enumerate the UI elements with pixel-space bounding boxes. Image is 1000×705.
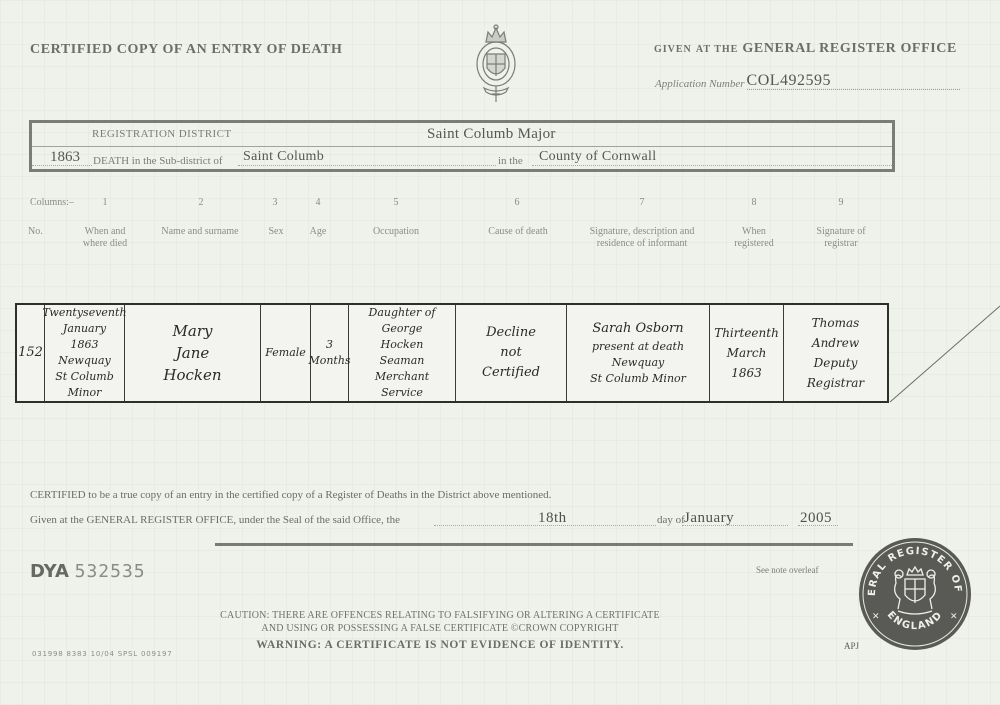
- entry-registrar: Thomas Andrew Deputy Registrar: [784, 305, 887, 401]
- registration-year: 1863: [50, 149, 80, 166]
- caution-line-2: AND USING OR POSSESSING A FALSE CERTIFIC…: [200, 622, 680, 635]
- svg-text:✕: ✕: [950, 612, 958, 622]
- entry-number: 152: [17, 305, 45, 401]
- column-number: 9: [836, 197, 846, 208]
- registration-district-value: Saint Columb Major: [427, 126, 556, 143]
- certificate-serial: DYA 532535: [30, 561, 146, 582]
- certificate-title: CERTIFIED COPY OF AN ENTRY OF DEATH: [30, 42, 342, 58]
- given-at-label: Given at the GENERAL REGISTER OFFICE, un…: [30, 514, 400, 526]
- in-the-label: in the: [498, 155, 523, 167]
- header-occupation: Occupation: [356, 226, 436, 238]
- given-month-value: January: [684, 510, 734, 527]
- column-number: 4: [313, 197, 323, 208]
- given-word: GIVEN: [654, 44, 692, 55]
- svg-text:✕: ✕: [872, 612, 880, 622]
- serial-prefix: DYA: [30, 561, 69, 582]
- given-year-value: 2005: [800, 510, 832, 527]
- registration-district-box: REGISTRATION DISTRICT Saint Columb Major…: [29, 120, 895, 172]
- office-name: GENERAL REGISTER OFFICE: [742, 41, 957, 56]
- column-number: 2: [196, 197, 206, 208]
- day-of-label: day of: [657, 514, 685, 526]
- see-note-overleaf: See note overleaf: [756, 565, 818, 575]
- entry-age: 3 Months: [311, 305, 349, 401]
- certificate-page: CERTIFIED COPY OF AN ENTRY OF DEATH GIVE…: [0, 0, 1000, 705]
- entry-when-registered: Thirteenth March 1863: [710, 305, 784, 401]
- entry-informant: Sarah Osborn present at death Newquay St…: [567, 305, 710, 401]
- cancel-stroke-line: [886, 300, 1000, 406]
- header-no: No.: [28, 226, 48, 238]
- column-number: 5: [391, 197, 401, 208]
- given-date-row: Given at the GENERAL REGISTER OFFICE, un…: [30, 510, 840, 528]
- entry-cause: Decline not Certified: [456, 305, 567, 401]
- column-number: 6: [512, 197, 522, 208]
- column-number: 3: [270, 197, 280, 208]
- print-code: 031998 8383 10/04 SPSL 009197: [32, 650, 173, 658]
- header-when-where: When and where died: [78, 226, 132, 250]
- columns-label: Columns:–: [30, 197, 74, 208]
- registration-district-label: REGISTRATION DISTRICT: [92, 128, 231, 140]
- entry-occupation: Daughter of George Hocken Seaman Merchan…: [349, 305, 456, 401]
- column-number: 1: [100, 197, 110, 208]
- royal-crest-icon: [474, 22, 518, 104]
- certification-statement: CERTIFIED to be a true copy of an entry …: [30, 489, 551, 501]
- identity-warning: WARNING: A CERTIFICATE IS NOT EVIDENCE O…: [200, 639, 680, 651]
- header-name: Name and surname: [150, 226, 250, 238]
- application-number-row: Application Number COL492595: [655, 73, 960, 90]
- at-the-words: AT THE: [696, 44, 738, 55]
- death-entry-record: 152 Twentyseventh January 1863 Newquay S…: [15, 303, 889, 403]
- county-value: County of Cornwall: [539, 149, 656, 165]
- header-registrar: Signature of registrar: [806, 226, 876, 250]
- header-sex: Sex: [262, 226, 290, 238]
- column-number: 8: [749, 197, 759, 208]
- header-when-registered: When registered: [724, 226, 784, 250]
- subdistrict-label: DEATH in the Sub-district of: [93, 155, 223, 167]
- header-cause: Cause of death: [476, 226, 560, 238]
- gro-seal-icon: GENERAL REGISTER OFFICE ENGLAND ✕ ✕: [858, 537, 972, 651]
- given-day-value: 18th: [538, 510, 567, 527]
- application-number-label: Application Number: [655, 78, 745, 90]
- entry-when-where: Twentyseventh January 1863 Newquay St Co…: [45, 305, 125, 401]
- clerk-initials: APJ: [844, 641, 859, 651]
- application-number-value: COL492595: [747, 73, 960, 90]
- issuing-office-heading: GIVEN AT THE GENERAL REGISTER OFFICE: [654, 41, 957, 57]
- entry-sex: Female: [261, 305, 311, 401]
- entry-name: Mary Jane Hocken: [125, 305, 261, 401]
- header-informant: Signature, description and residence of …: [580, 226, 704, 250]
- serial-number: 532535: [75, 561, 146, 582]
- subdistrict-value: Saint Columb: [243, 149, 324, 165]
- header-age: Age: [303, 226, 333, 238]
- divider-rule: [215, 543, 853, 546]
- caution-notice: CAUTION: THERE ARE OFFENCES RELATING TO …: [200, 609, 680, 635]
- column-number: 7: [637, 197, 647, 208]
- caution-line-1: CAUTION: THERE ARE OFFENCES RELATING TO …: [200, 609, 680, 622]
